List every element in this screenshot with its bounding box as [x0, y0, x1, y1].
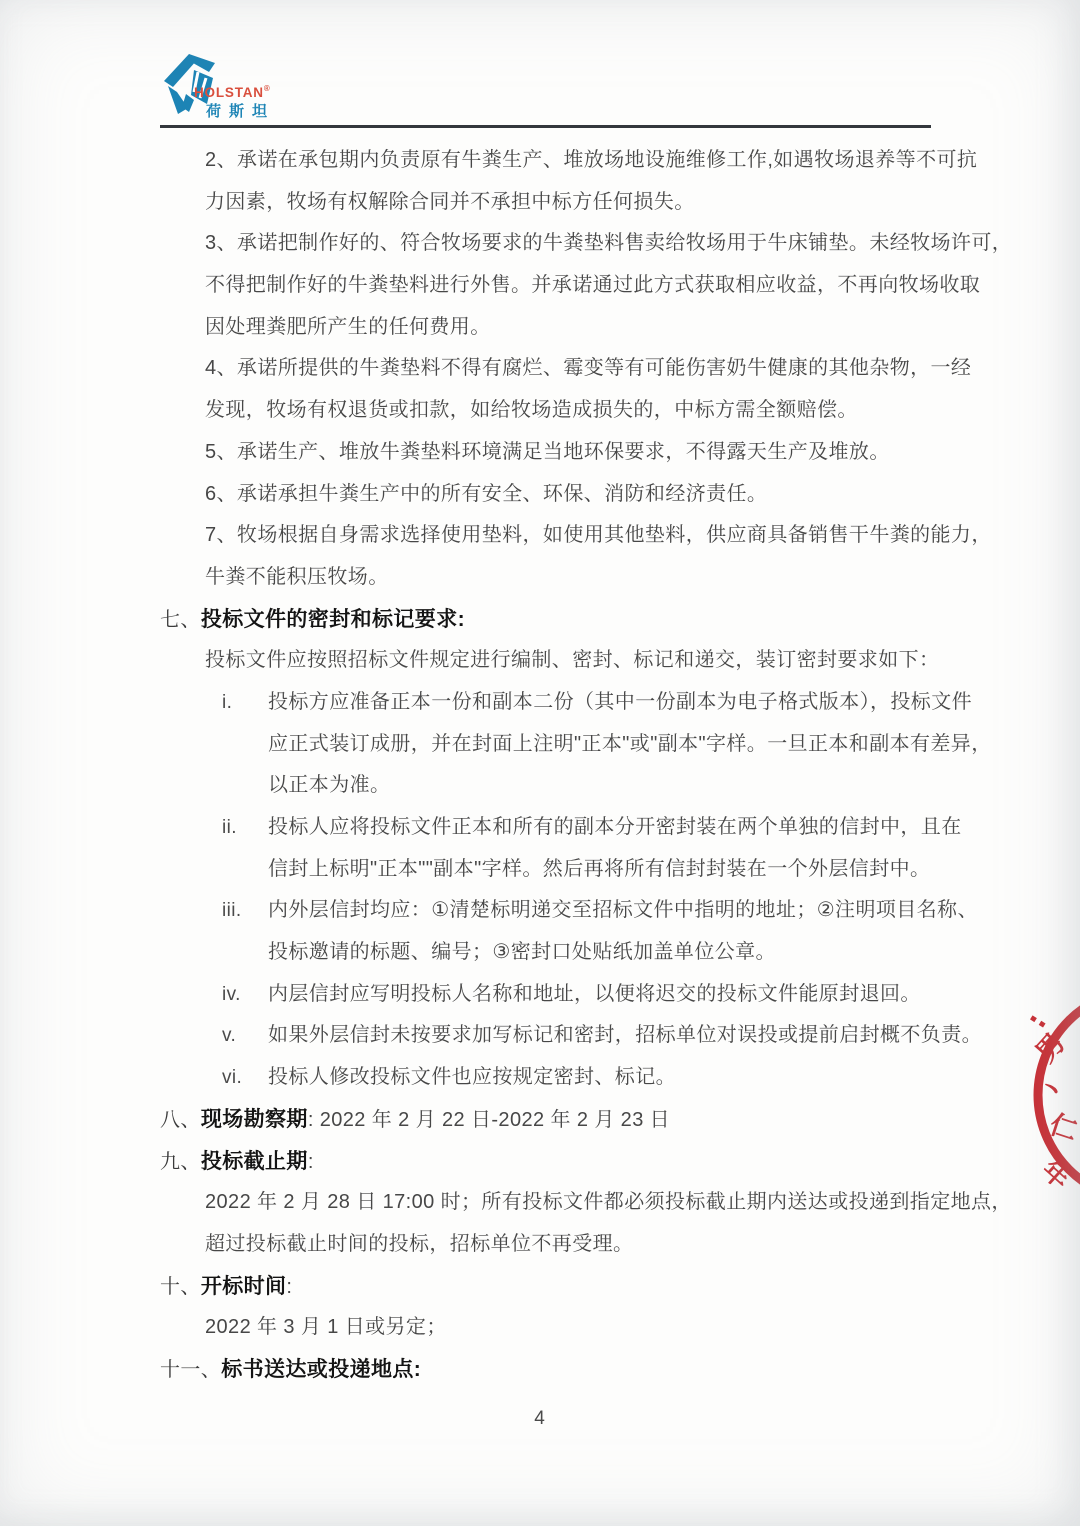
list-line: 投标方应准备正本一份和副本二份（其中一份副本为电子格式版本），投标文件: [268, 682, 950, 724]
list-line: 投标邀请的标题、编号；③密封口处贴纸加盖单位公章。: [268, 932, 950, 974]
list-item-iii: iii. 内外层信封均应：①清楚标明递交至招标文件中指明的地址；②注明项目名称、…: [160, 890, 950, 973]
document-body: 2、承诺在承包期内负责原有牛粪生产、堆放场地设施维修工作,如遇牧场退养等不可抗 …: [160, 140, 950, 1391]
section-number: 十一、: [160, 1359, 221, 1381]
list-item-i: i. 投标方应准备正本一份和副本二份（其中一份副本为电子格式版本），投标文件 应…: [160, 682, 950, 807]
section-number: 七、: [160, 609, 201, 631]
list-marker: vi.: [222, 1057, 242, 1099]
svg-text:年: 年: [1036, 1153, 1077, 1194]
section-8-dates: : 2022 年 2 月 22 日-2022 年 2 月 23 日: [308, 1109, 670, 1131]
logo-brand-en: HOLSTAN: [194, 85, 264, 100]
section-10-heading: 十、开标时间:: [160, 1266, 950, 1308]
paragraph-line: 因处理粪肥所产生的任何费用。: [205, 307, 950, 349]
red-seal-stamp: ∶ 男 丶 仁 年: [1018, 972, 1080, 1218]
paragraph-line: 发现，牧场有权退货或扣款，如给牧场造成损失的，中标方需全额赔偿。: [205, 390, 950, 432]
section-9-heading: 九、投标截止期:: [160, 1141, 950, 1183]
section-title: 投标截止期: [201, 1150, 308, 1173]
list-line: 如果外层信封未按要求加写标记和密封，招标单位对误投或提前启封概不负责。: [268, 1015, 950, 1057]
paragraph-line: 7、牧场根据自身需求选择使用垫料，如使用其他垫料，供应商具备销售干牛粪的能力，: [205, 515, 950, 557]
list-line: 内外层信封均应：①清楚标明递交至招标文件中指明的地址；②注明项目名称、: [268, 890, 950, 932]
section-title: 投标文件的密封和标记要求:: [201, 608, 465, 631]
registered-mark: ®: [264, 84, 271, 93]
paragraph-line: 5、承诺生产、堆放牛粪垫料环境满足当地环保要求，不得露天生产及堆放。: [205, 432, 950, 474]
section-number: 十、: [160, 1276, 201, 1298]
header-rule: [160, 125, 931, 128]
list-item-v: v. 如果外层信封未按要求加写标记和密封，招标单位对误投或提前启封概不负责。: [160, 1015, 950, 1057]
section-10-line: 2022 年 3 月 1 日或另定；: [205, 1307, 950, 1349]
list-marker: i.: [222, 682, 232, 724]
paragraph-line: 牛粪不能积压牧场。: [205, 557, 950, 599]
list-item-vi: vi. 投标人修改投标文件也应按规定密封、标记。: [160, 1057, 950, 1099]
section-9-line: 2022 年 2 月 28 日 17:00 时；所有投标文件都必须投标截止期内送…: [205, 1182, 950, 1224]
list-item-iv: iv. 内层信封应写明投标人名称和地址，以便将迟交的投标文件能原封退回。: [160, 974, 950, 1016]
page-number: 4: [0, 1408, 1080, 1430]
list-marker: v.: [222, 1015, 236, 1057]
paragraph-line: 不得把制作好的牛粪垫料进行外售。并承诺通过此方式获取相应收益，不再向牧场收取: [205, 265, 950, 307]
paragraph-line: 3、承诺把制作好的、符合牧场要求的牛粪垫料售卖给牧场用于牛床铺垫。未经牧场许可，: [205, 223, 950, 265]
svg-text:男: 男: [1030, 1028, 1070, 1068]
logo-brand-text: HOLSTAN®: [194, 84, 271, 100]
list-marker: ii.: [222, 807, 237, 849]
list-line: 投标人应将投标文件正本和所有的副本分开密封装在两个单独的信封中，且在: [268, 807, 950, 849]
section-7-heading: 七、投标文件的密封和标记要求:: [160, 599, 950, 641]
section-number: 八、: [160, 1109, 201, 1131]
section-colon: :: [308, 1151, 314, 1173]
list-line: 信封上标明"正本""副本"字样。然后再将所有信封封装在一个外层信封中。: [268, 849, 950, 891]
red-seal-arc-icon: ∶ 男 丶 仁 年: [1018, 972, 1080, 1218]
paragraph-line: 4、承诺所提供的牛粪垫料不得有腐烂、霉变等有可能伤害奶牛健康的其他杂物，一经: [205, 348, 950, 390]
paragraph-line: 2、承诺在承包期内负责原有牛粪生产、堆放场地设施维修工作,如遇牧场退养等不可抗: [205, 140, 950, 182]
list-marker: iv.: [222, 974, 241, 1016]
svg-text:丶: 丶: [1036, 1074, 1068, 1108]
list-item-ii: ii. 投标人应将投标文件正本和所有的副本分开密封装在两个单独的信封中，且在 信…: [160, 807, 950, 890]
list-line: 内层信封应写明投标人名称和地址，以便将迟交的投标文件能原封退回。: [268, 974, 950, 1016]
paragraph-line: 6、承诺承担牛粪生产中的所有安全、环保、消防和经济责任。: [205, 474, 950, 516]
section-8-heading: 八、现场勘察期: 2022 年 2 月 22 日-2022 年 2 月 23 日: [160, 1099, 950, 1141]
section-title: 开标时间: [201, 1275, 287, 1298]
list-line: 以正本为准。: [268, 765, 950, 807]
section-number: 九、: [160, 1151, 201, 1173]
logo-brand-cn: 荷斯坦: [206, 100, 275, 121]
section-9-line: 超过投标截止时间的投标，招标单位不再受理。: [205, 1224, 950, 1266]
list-line: 投标人修改投标文件也应按规定密封、标记。: [268, 1057, 950, 1099]
holstan-logo: HOLSTAN® 荷斯坦: [158, 50, 338, 120]
section-colon: :: [286, 1276, 292, 1298]
section-title: 现场勘察期: [201, 1108, 308, 1131]
list-marker: iii.: [222, 890, 242, 932]
section-11-heading: 十一、标书送达或投递地点:: [160, 1349, 950, 1391]
list-line: 应正式装订成册，并在封面上注明"正本"或"副本"字样。一旦正本和副本有差异，: [268, 724, 950, 766]
paragraph-line: 力因素，牧场有权解除合同并不承担中标方任何损失。: [205, 182, 950, 224]
section-7-intro: 投标文件应按照招标文件规定进行编制、密封、标记和递交，装订密封要求如下：: [205, 640, 950, 682]
section-title: 标书送达或投递地点:: [221, 1358, 421, 1381]
